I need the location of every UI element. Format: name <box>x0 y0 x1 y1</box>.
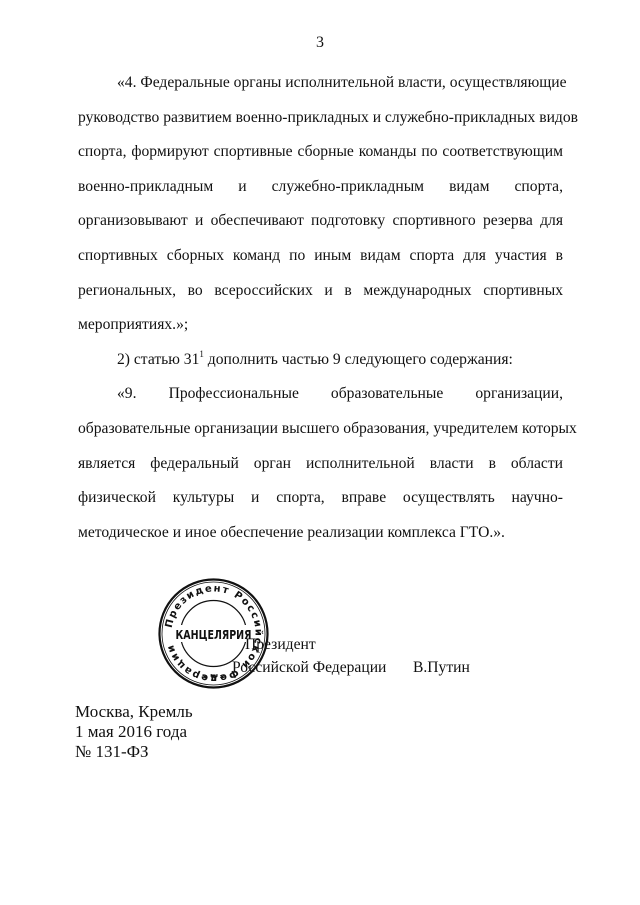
amendment-prefix: 2) статью 31 <box>117 351 199 368</box>
text-line: военно-прикладным и служебно-прикладным … <box>78 170 563 205</box>
text-line: физической культуры и спорта, вправе осу… <box>78 481 563 516</box>
paragraph-4: «4. Федеральные органы исполнительной вл… <box>78 66 563 343</box>
law-number: № 131-ФЗ <box>75 742 193 762</box>
paragraph-9: «9. Профессиональные образовательные орг… <box>78 377 563 550</box>
text-line: организовывают и обеспечивают подготовку… <box>78 204 563 239</box>
text-line: региональных, во всероссийских и в между… <box>78 274 563 309</box>
page-number: 3 <box>0 34 640 52</box>
document-body: «4. Федеральные органы исполнительной вл… <box>78 66 563 550</box>
text-line: методическое и иное обеспечение реализац… <box>78 516 563 551</box>
text-line: руководство развитием военно-прикладных … <box>78 101 563 136</box>
text-line: является федеральный орган исполнительно… <box>78 447 563 482</box>
text-line: «9. Профессиональные образовательные орг… <box>78 377 563 412</box>
text-line: «4. Федеральные органы исполнительной вл… <box>78 66 563 101</box>
text-line: спортивных сборных команд по иным видам … <box>78 239 563 274</box>
stamp-number: * 5 * <box>203 674 225 684</box>
text-line: спорта, формируют спортивные сборные ком… <box>78 135 563 170</box>
text-line: образовательные организации высшего обра… <box>78 412 563 447</box>
stamp-center-text: КАНЦЕЛЯРИЯ <box>176 628 252 642</box>
document-footer: Москва, Кремль 1 мая 2016 года № 131-ФЗ <box>75 702 193 762</box>
text-line: мероприятиях.»; <box>78 308 563 343</box>
paragraph-amendment: 2) статью 311 дополнить частью 9 следующ… <box>78 343 563 378</box>
signing-date: 1 мая 2016 года <box>75 722 193 742</box>
text-line: 2) статью 311 дополнить частью 9 следующ… <box>78 343 563 378</box>
amendment-suffix: дополнить частью 9 следующего содержания… <box>204 351 513 368</box>
signatory-title-line2: Российской Федерации <box>232 659 386 677</box>
signatory-title-line1: Президент <box>245 636 316 654</box>
signing-place: Москва, Кремль <box>75 702 193 722</box>
signatory-name: В.Путин <box>413 659 470 677</box>
